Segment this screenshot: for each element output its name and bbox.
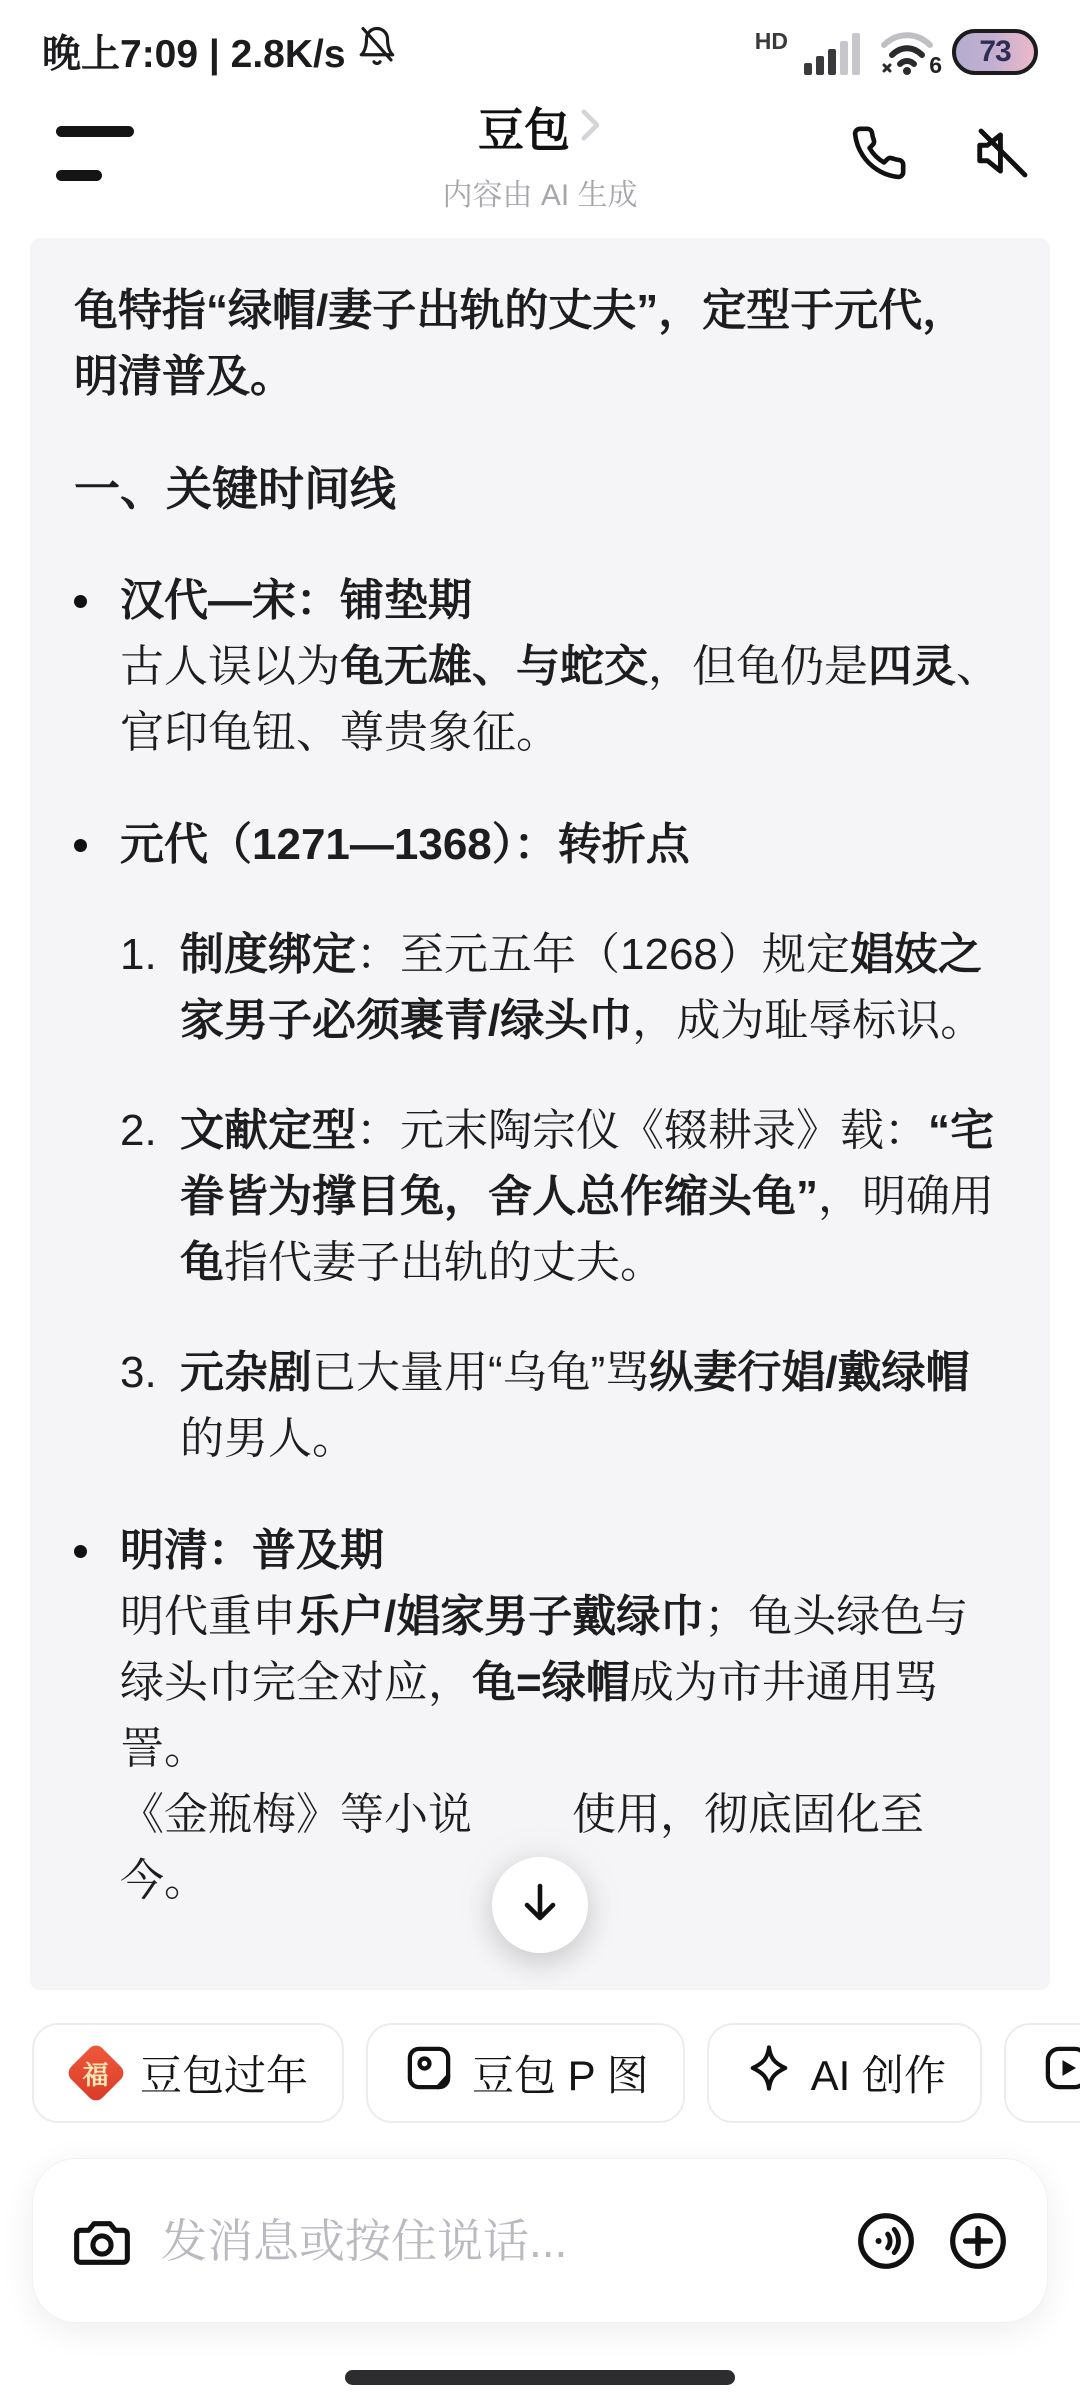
camera-icon[interactable] (69, 2208, 135, 2274)
message-input-bar (32, 2158, 1048, 2323)
ai-message-bubble: 龟特指“绿帽/妻子出轨的丈夫”，定型于元代，明清普及。 一、关键时间线 汉代—宋… (30, 238, 1050, 1990)
notifications-muted-icon (356, 25, 398, 77)
signal-bars-icon (804, 31, 862, 75)
voice-call-button[interactable] (846, 120, 912, 186)
chip-label: 豆包过年 (140, 2043, 308, 2103)
bullet-title: 明清：普及期 (120, 1518, 1010, 1584)
bullet-dot (74, 812, 120, 878)
bullet-body: 明代重申乐户/娼家男子戴绿巾；龟头绿色与绿头巾完全对应，龟=绿帽成为市井通用骂詈… (120, 1584, 1010, 1782)
item-body: 文献定型：元末陶宗仪《辍耕录》载：“宅眷皆为撑目兔，舍人总作缩头龟”，明确用龟指… (180, 1098, 1010, 1296)
list-item: 明清：普及期 明代重申乐户/娼家男子戴绿巾；龟头绿色与绿头巾完全对应，龟=绿帽成… (74, 1518, 1010, 1914)
arrow-down-icon (518, 1879, 562, 1932)
doubao-chat-screen: 晚上7:09 | 2.8K/s HD (0, 0, 1080, 2400)
bullet-title: 汉代—宋：铺垫期 (120, 568, 1010, 634)
chevron-right-icon (576, 108, 602, 147)
hd-label: HD (755, 28, 788, 55)
item-number: 3. (120, 1340, 180, 1472)
message-intro: 龟特指“绿帽/妻子出轨的丈夫”，定型于元代，明清普及。 (74, 278, 1010, 410)
wifi-icon: 6 (878, 29, 936, 75)
battery-percent: 73 (979, 35, 1010, 69)
scroll-to-bottom-button[interactable] (492, 1857, 588, 1953)
ai-disclaimer: 内容由 AI 生成 (442, 170, 637, 214)
chip-ai-create[interactable]: AI 创作 (707, 2023, 982, 2123)
photo-edit-icon (402, 2041, 456, 2105)
home-indicator[interactable] (345, 2370, 735, 2385)
bullet-dot (74, 1518, 120, 1914)
item-number: 2. (120, 1098, 180, 1296)
chip-photo-video[interactable]: 照片 (1004, 2023, 1080, 2123)
chip-label: 豆包 P 图 (472, 2043, 649, 2103)
item-body: 制度绑定：至元五年（1268）规定娼妓之家男子必须裹青/绿头巾，成为耻辱标识。 (180, 922, 1010, 1054)
chip-photo-edit[interactable]: 豆包 P 图 (366, 2023, 685, 2123)
wifi6-label: 6 (929, 52, 942, 79)
item-body: 元杂剧已大量用“乌龟”骂纵妻行娼/戴绿帽的男人。 (180, 1340, 1010, 1472)
voice-wave-icon[interactable] (853, 2208, 919, 2274)
list-item: 元代（1271—1368）：转折点 (74, 812, 1010, 878)
section-title: 一、关键时间线 (74, 456, 1010, 522)
bullet-title: 元代（1271—1368）：转折点 (120, 812, 1010, 878)
menu-button[interactable] (56, 126, 136, 186)
page-title: 豆包 (478, 94, 570, 160)
chat-header: 豆包 内容由 AI 生成 (0, 92, 1080, 230)
bullet-dot (74, 568, 120, 766)
chip-label: AI 创作 (811, 2043, 946, 2103)
sparkle-icon (743, 2042, 795, 2104)
suggestion-chips: 福 豆包过年 豆包 P 图 AI 创作 (32, 2023, 1080, 2123)
bot-title-button[interactable]: 豆包 (442, 94, 637, 160)
numbered-item: 1. 制度绑定：至元五年（1268）规定娼妓之家男子必须裹青/绿头巾，成为耻辱标… (74, 922, 1010, 1054)
chip-doubao-new-year[interactable]: 福 豆包过年 (32, 2023, 344, 2123)
battery-icon: 73 (952, 29, 1038, 75)
bullet-body: 古人误以为龟无雄、与蛇交，但龟仍是四灵、官印龟钮、尊贵象征。 (120, 634, 1010, 766)
item-number: 1. (120, 922, 180, 1054)
plus-icon[interactable] (945, 2208, 1011, 2274)
list-item: 汉代—宋：铺垫期 古人误以为龟无雄、与蛇交，但龟仍是四灵、官印龟钮、尊贵象征。 (74, 568, 1010, 766)
status-bar: 晚上7:09 | 2.8K/s HD (0, 0, 1080, 92)
message-input[interactable] (161, 2214, 827, 2268)
numbered-item: 2. 文献定型：元末陶宗仪《辍耕录》载：“宅眷皆为撑目兔，舍人总作缩头龟”，明确… (74, 1098, 1010, 1296)
sound-muted-button[interactable] (970, 120, 1036, 186)
fu-badge-icon: 福 (68, 2045, 124, 2101)
video-icon (1040, 2041, 1080, 2105)
status-time-speed: 晚上7:09 | 2.8K/s (42, 23, 346, 79)
numbered-item: 3. 元杂剧已大量用“乌龟”骂纵妻行娼/戴绿帽的男人。 (74, 1340, 1010, 1472)
